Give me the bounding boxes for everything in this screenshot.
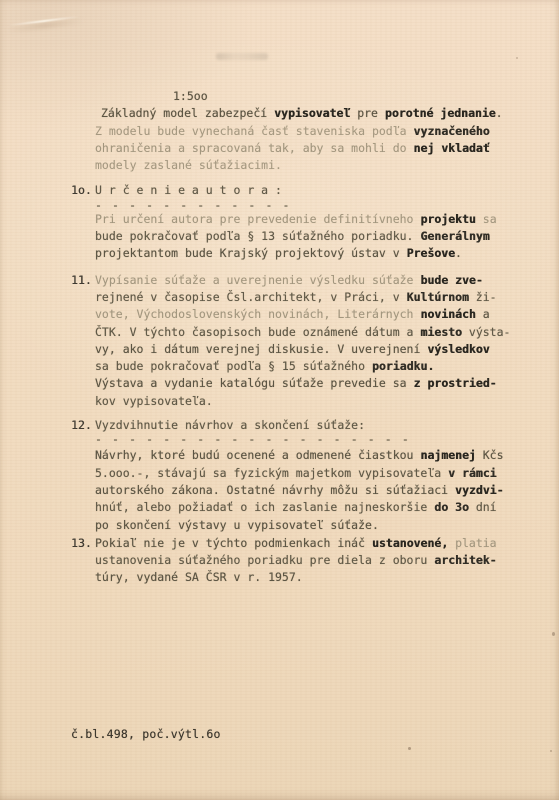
item-number: 11. (71, 272, 92, 289)
item-number: 13. (71, 535, 92, 552)
typewritten-line: Vypísanie súťaže a uverejnenie výsledku … (95, 272, 535, 289)
item-body: Pokiaľ nie je v týchto podmienkach ináč … (95, 535, 535, 587)
paper-speck (516, 57, 518, 59)
faint-ink-smudge (216, 53, 268, 60)
typewritten-line: Základný model zabezpečí vypisovateľ pre… (101, 105, 535, 122)
item-body: Vypísanie súťaže a uverejnenie výsledku … (95, 272, 535, 410)
document-page: 1:5oo Základný model zabezpečí vypisovat… (0, 0, 559, 800)
typewritten-line: Pri určení autora pre prevedenie definit… (95, 211, 535, 228)
item-body: Návrhy, ktoré budú ocenené a odmenené či… (95, 447, 535, 533)
typewritten-line: ustanovenia súťažného poriadku pre diela… (95, 552, 535, 569)
list-item-12: 12.Vyzdvihnutie návrhov a skončení súťaž… (95, 417, 535, 534)
footer-note: č.bl.498, poč.výtl.6o (71, 727, 221, 741)
typewritten-line: autorského zákona. Ostatné návrhy môžu s… (95, 482, 535, 499)
item-number: 1o. (71, 182, 92, 199)
typewritten-line: 5.ooo.-, stávajú sa fyzickým majetkom vy… (95, 465, 535, 482)
typewritten-line: Pokiaľ nie je v týchto podmienkach ináč … (95, 535, 535, 552)
item-heading: Vyzdvihnutie návrhov a skončení súťaže: (95, 417, 535, 434)
paper-speck (552, 632, 555, 636)
intro-paragraph: Základný model zabezpečí vypisovateľ pre… (95, 105, 535, 174)
typewritten-line: projektantom bude Krajský projektový úst… (95, 245, 535, 262)
list-item-11: 11.Vypísanie súťaže a uverejnenie výsled… (95, 272, 535, 410)
typewritten-line: bude pokračovať podľa § 13 súťažného por… (95, 228, 535, 245)
item-body: Pri určení autora pre prevedenie definit… (95, 211, 535, 263)
item-heading: U r č e n i e a u t o r a : (95, 182, 535, 199)
paper-speck (550, 750, 552, 752)
typewritten-line: po skončení výstavy u vypisovateľ súťaže… (95, 517, 535, 534)
typewritten-line: vy, ako i dátum verejnej diskusie. V uve… (95, 341, 535, 358)
typewritten-line: ČTK. V týchto časopisoch bude oznámené d… (95, 324, 535, 341)
typewritten-line: modely zaslané súťažiacimi. (95, 157, 535, 174)
typewritten-line: rejnené v časopise Čsl.architekt, v Prác… (95, 289, 535, 306)
paper-speck (408, 747, 411, 750)
typewritten-line: vote, Východoslovenských novinách, Liter… (95, 306, 535, 323)
heading-dashed-underline: - - - - - - - - - - - - - - - - - - - (95, 434, 535, 445)
scale-note: 1:5oo (173, 88, 535, 105)
list-item-13: 13.Pokiaľ nie je v týchto podmienkach in… (95, 535, 535, 587)
list-item-1o: 1o.U r č e n i e a u t o r a :- - - - - … (95, 182, 535, 262)
typewritten-line: ohraničenia a spracovaná tak, aby sa moh… (95, 140, 535, 157)
item-number: 12. (71, 417, 92, 434)
typewritten-line: Návrhy, ktoré budú ocenené a odmenené či… (95, 447, 535, 464)
typewritten-content: 1:5oo Základný model zabezpečí vypisovat… (95, 88, 535, 587)
typewritten-line: kov vypisovateľa. (95, 393, 535, 410)
typewritten-line: Z modelu bude vynechaná časť staveniska … (95, 123, 535, 140)
typewritten-line: Výstava a vydanie katalógu súťaže preved… (95, 375, 535, 392)
typewritten-line: sa bude pokračovať podľa § 15 súťažného … (95, 358, 535, 375)
typewritten-line: túry, vydané SA ČSR v r. 1957. (95, 569, 535, 586)
heading-dashed-underline: - - - - - - - - - - - - (95, 200, 535, 211)
typewritten-line: hnúť, alebo požiadať o ich zaslanie najn… (95, 499, 535, 516)
numbered-items: 1o.U r č e n i e a u t o r a :- - - - - … (95, 182, 535, 586)
